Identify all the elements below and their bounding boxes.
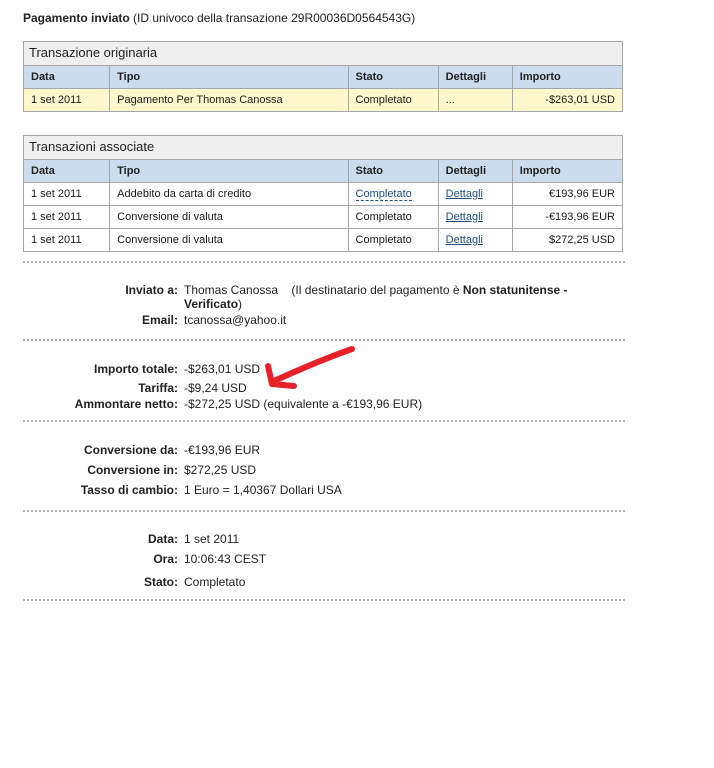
table-row: 1 set 2011 Conversione di valuta Complet… — [24, 206, 623, 229]
cell-type: Conversione di valuta — [110, 206, 348, 229]
table-row: 1 set 2011 Conversione di valuta Complet… — [24, 229, 623, 252]
sent-to-row: Inviato a: Thomas Canossa (Il destinatar… — [23, 283, 623, 311]
conversion-to-label: Conversione in: — [23, 463, 184, 477]
original-transaction-caption: Transazione originaria — [23, 41, 623, 65]
exchange-rate-value: 1 Euro = 1,40367 Dollari USA — [184, 483, 623, 497]
status-tooltip-link[interactable]: Completato — [356, 188, 412, 201]
page-title: Pagamento inviato (ID univoco della tran… — [23, 11, 415, 25]
cell-details: Dettagli — [438, 206, 512, 229]
conversion-from-row: Conversione da: -€193,96 EUR — [23, 443, 623, 457]
conversion-from-label: Conversione da: — [23, 443, 184, 457]
fee-label: Tariffa: — [23, 381, 184, 395]
cell-details: Dettagli — [438, 229, 512, 252]
cell-date: 1 set 2011 — [24, 89, 110, 112]
dotted-divider — [23, 510, 625, 512]
dotted-divider — [23, 261, 625, 263]
time-label: Ora: — [23, 552, 184, 566]
fee-value: -$9,24 USD — [184, 381, 623, 395]
cell-amount: $272,25 USD — [512, 229, 622, 252]
details-link[interactable]: Dettagli — [446, 188, 483, 200]
cell-amount: €193,96 EUR — [512, 183, 622, 206]
red-arrow-annotation-icon — [262, 344, 362, 394]
cell-date: 1 set 2011 — [24, 229, 110, 252]
net-label: Ammontare netto: — [23, 397, 184, 411]
cell-type: Addebito da carta di credito — [110, 183, 348, 206]
details-link[interactable]: Dettagli — [446, 211, 483, 223]
page-title-bold: Pagamento inviato — [23, 11, 130, 25]
status-value: Completato — [184, 575, 623, 589]
transaction-id: (ID univoco della transazione 29R00036D0… — [133, 11, 415, 25]
column-header-date: Data — [24, 160, 110, 183]
table-header-row: Data Tipo Stato Dettagli Importo — [24, 160, 623, 183]
details-link[interactable]: Dettagli — [446, 234, 483, 246]
column-header-amount: Importo — [512, 160, 622, 183]
cell-amount: -$263,01 USD — [512, 89, 622, 112]
conversion-to-value: $272,25 USD — [184, 463, 623, 477]
sent-to-value: Thomas Canossa (Il destinatario del paga… — [184, 283, 584, 311]
recipient-note-prefix: (Il destinatario del pagamento è — [291, 283, 459, 297]
exchange-rate-row: Tasso di cambio: 1 Euro = 1,40367 Dollar… — [23, 483, 623, 497]
exchange-rate-label: Tasso di cambio: — [23, 483, 184, 497]
time-row: Ora: 10:06:43 CEST — [23, 552, 623, 566]
status-row: Stato: Completato — [23, 575, 623, 589]
cell-status: Completato — [348, 229, 438, 252]
column-header-type: Tipo — [110, 66, 348, 89]
time-value: 10:06:43 CEST — [184, 552, 623, 566]
total-label: Importo totale: — [23, 362, 184, 376]
net-row: Ammontare netto: -$272,25 USD (equivalen… — [23, 397, 623, 411]
sent-to-label: Inviato a: — [23, 283, 184, 311]
table-header-row: Data Tipo Stato Dettagli Importo — [24, 66, 623, 89]
conversion-to-row: Conversione in: $272,25 USD — [23, 463, 623, 477]
dotted-divider — [23, 339, 625, 341]
net-value: -$272,25 USD (equivalente a -€193,96 EUR… — [184, 397, 623, 411]
recipient-section: Inviato a: Thomas Canossa (Il destinatar… — [23, 283, 623, 327]
column-header-amount: Importo — [512, 66, 622, 89]
conversion-section: Conversione da: -€193,96 EUR Conversione… — [23, 443, 623, 497]
column-header-details: Dettagli — [438, 66, 512, 89]
original-transaction-table: Transazione originaria Data Tipo Stato D… — [23, 41, 623, 112]
associated-transactions-caption: Transazioni associate — [23, 135, 623, 159]
column-header-details: Dettagli — [438, 160, 512, 183]
dotted-divider — [23, 599, 625, 601]
cell-type: Conversione di valuta — [110, 229, 348, 252]
cell-status: Completato — [348, 206, 438, 229]
column-header-status: Stato — [348, 66, 438, 89]
cell-details: Dettagli — [438, 183, 512, 206]
email-value: tcanossa@yahoo.it — [184, 313, 623, 327]
cell-type: Pagamento Per Thomas Canossa — [110, 89, 348, 112]
status-label: Stato: — [23, 575, 184, 589]
column-header-date: Data — [24, 66, 110, 89]
total-value: -$263,01 USD — [184, 362, 623, 376]
cell-status: Completato — [348, 89, 438, 112]
cell-date: 1 set 2011 — [24, 206, 110, 229]
date-label: Data: — [23, 532, 184, 546]
table-row: 1 set 2011 Pagamento Per Thomas Canossa … — [24, 89, 623, 112]
date-row: Data: 1 set 2011 — [23, 532, 623, 546]
meta-section: Data: 1 set 2011 Ora: 10:06:43 CEST Stat… — [23, 532, 623, 589]
cell-details: ... — [438, 89, 512, 112]
date-value: 1 set 2011 — [184, 532, 623, 546]
email-label: Email: — [23, 313, 184, 327]
table-row: 1 set 2011 Addebito da carta di credito … — [24, 183, 623, 206]
column-header-status: Stato — [348, 160, 438, 183]
column-header-type: Tipo — [110, 160, 348, 183]
dotted-divider — [23, 420, 625, 422]
email-row: Email: tcanossa@yahoo.it — [23, 313, 623, 327]
conversion-from-value: -€193,96 EUR — [184, 443, 623, 457]
associated-transactions-table: Transazioni associate Data Tipo Stato De… — [23, 135, 623, 252]
recipient-note-suffix: ) — [238, 297, 242, 311]
cell-date: 1 set 2011 — [24, 183, 110, 206]
recipient-name: Thomas Canossa — [184, 283, 278, 297]
cell-status: Completato — [348, 183, 438, 206]
cell-amount: -€193,96 EUR — [512, 206, 622, 229]
